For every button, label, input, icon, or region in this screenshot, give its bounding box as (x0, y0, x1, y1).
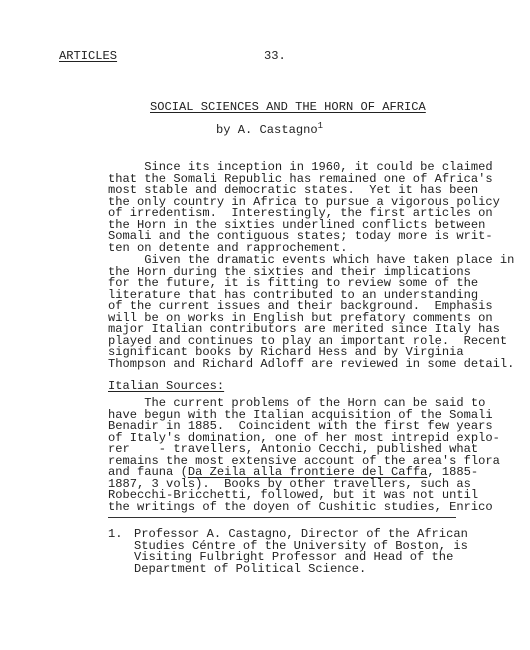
page-number: 33. (264, 50, 286, 62)
footnote-line: Department of Political Science. (134, 563, 366, 575)
text-line: the writings of the doyen of Cushitic st… (108, 501, 493, 513)
article-title: SOCIAL SCIENCES AND THE HORN OF AFRICA (150, 101, 426, 113)
text-line: Thompson and Richard Adloff are reviewed… (108, 358, 514, 370)
document-page: ARTICLES 33. SOCIAL SCIENCES AND THE HOR… (0, 0, 530, 650)
footnote-number: 1. (108, 528, 123, 540)
text-line: ten on detente and rapprochement. (108, 242, 348, 254)
footnote-marker: 1 (318, 121, 323, 131)
footnote-divider (108, 517, 456, 518)
section-label: ARTICLES (59, 50, 117, 62)
section-heading: Italian Sources: (108, 380, 224, 392)
byline-text: by A. Castagno (216, 123, 318, 137)
byline: by A. Castagno1 (216, 124, 323, 137)
